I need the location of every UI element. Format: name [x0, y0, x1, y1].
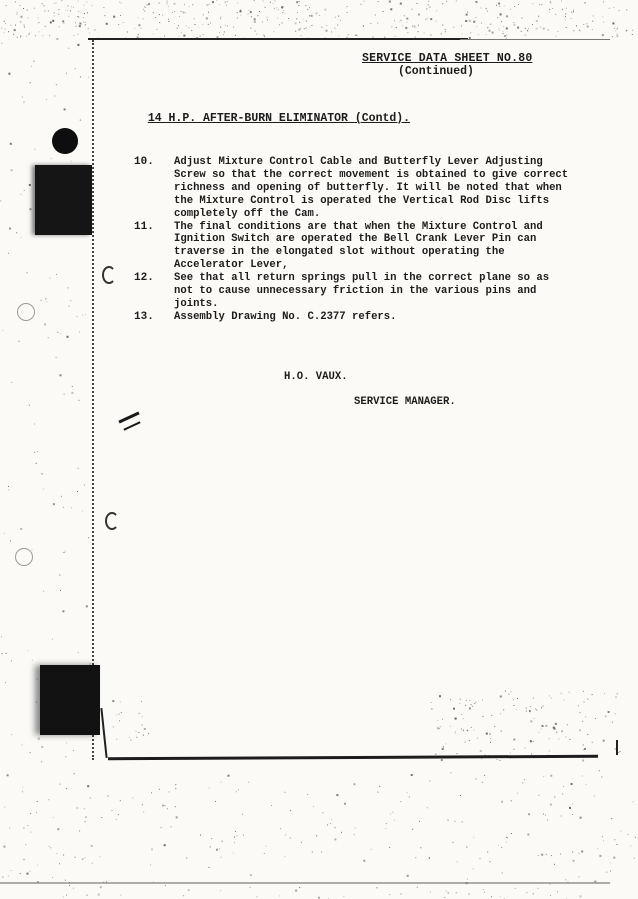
section-title-suffix: (Contd). [355, 112, 410, 125]
instruction-item: 11. The final conditions are that when t… [134, 221, 624, 273]
bottom-left-corner-mark [100, 708, 107, 758]
bottom-right-corner-mark [616, 740, 618, 755]
instruction-item: 12. See that all return springs pull in … [134, 272, 624, 311]
pen-stroke-mark [123, 421, 140, 430]
instruction-item: 10. Adjust Mixture Control Cable and But… [134, 156, 624, 221]
instruction-number: 10. [134, 156, 174, 221]
instruction-number: 12. [134, 272, 174, 311]
scan-edge-line [0, 882, 610, 884]
sheet-title: SERVICE DATA SHEET NO.80 [362, 52, 532, 65]
instruction-text: See that all return springs pull in the … [174, 272, 624, 311]
punch-hole-icon [17, 303, 35, 321]
ring-mark-icon [102, 266, 116, 284]
binder-clip-shadow-top [35, 165, 92, 235]
instruction-text: Assembly Drawing No. C.2377 refers. [174, 311, 624, 324]
section-title-main: 14 H.P. AFTER-BURN ELIMINATOR [148, 112, 355, 125]
scan-noise [0, 0, 638, 899]
left-margin-line [92, 40, 94, 760]
punch-hole-icon [15, 548, 33, 566]
instruction-text: The final conditions are that when the M… [174, 221, 624, 273]
instruction-text: Adjust Mixture Control Cable and Butterf… [174, 156, 624, 221]
top-border-line [88, 38, 468, 40]
instruction-list: 10. Adjust Mixture Control Cable and But… [134, 156, 624, 324]
binder-clip-shadow-bottom [40, 665, 100, 735]
signatory-name: H.O. VAUX. [284, 371, 348, 383]
instruction-number: 11. [134, 221, 174, 273]
sheet-continued-label: (Continued) [398, 65, 474, 78]
instruction-item: 13. Assembly Drawing No. C.2377 refers. [134, 311, 624, 324]
top-border-line-faint [460, 39, 610, 40]
instruction-number: 13. [134, 311, 174, 324]
section-title: 14 H.P. AFTER-BURN ELIMINATOR (Contd). [134, 99, 410, 125]
punch-hole-mark-icon [52, 128, 78, 154]
bottom-border-line [108, 755, 598, 761]
ring-mark-icon [105, 512, 119, 530]
signatory-role: SERVICE MANAGER. [354, 396, 456, 408]
